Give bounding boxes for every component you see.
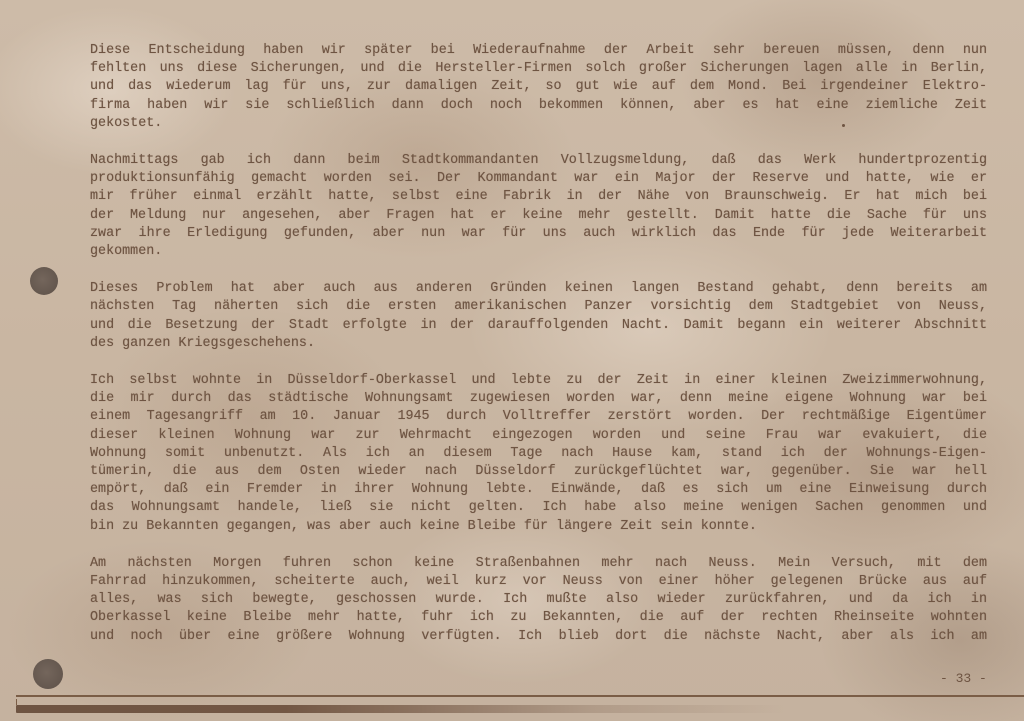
text-line: empört, daß ein Fremder in ihrer Wohnung… (90, 481, 987, 499)
text-line: fehlten uns diese Sicherungen, und die H… (90, 60, 987, 78)
text-line: und das wiederum lag für uns, zur damali… (90, 78, 987, 96)
text-line: Oberkassel keine Bleibe mehr hatte, fuhr… (90, 609, 987, 627)
text-line: bin zu Bekannten gegangen, was aber auch… (90, 518, 987, 536)
punch-hole (30, 267, 58, 295)
paragraph-1: Diese Entscheidung haben wir später bei … (90, 42, 987, 133)
text-line: gekommen. (90, 243, 987, 261)
text-line: und noch über eine größere Wohnung verfü… (90, 628, 987, 646)
paragraph-3: Dieses Problem hat aber auch aus anderen… (90, 280, 987, 353)
text-line: des ganzen Kriegsgeschehens. (90, 335, 987, 353)
text-line: tümerin, die aus dem Osten wieder nach D… (90, 463, 987, 481)
paragraph-2: Nachmittags gab ich dann beim Stadtkomma… (90, 152, 987, 261)
text-line: Wohnung somit unbenutzt. Als ich an dies… (90, 445, 987, 463)
text-line: Diese Entscheidung haben wir später bei … (90, 42, 987, 60)
text-line: der Meldung nur angesehen, aber Fragen h… (90, 207, 987, 225)
text-line: einem Tagesangriff am 10. Januar 1945 du… (90, 408, 987, 426)
footer-rule (16, 695, 1024, 697)
text-line: dieser kleinen Wohnung war zur Wehrmacht… (90, 427, 987, 445)
text-line: Dieses Problem hat aber auch aus anderen… (90, 280, 987, 298)
text-line: und die Besetzung der Stadt erfolgte in … (90, 317, 987, 335)
text-line: nächsten Tag näherten sich die ersten am… (90, 298, 987, 316)
punch-hole (33, 659, 63, 689)
document-body: Diese Entscheidung haben wir später bei … (90, 42, 987, 665)
paragraph-4: Ich selbst wohnte in Düsseldorf-Oberkass… (90, 372, 987, 536)
text-line: produktionsunfähig gemacht worden sei. D… (90, 170, 987, 188)
text-line: die mir durch das städtische Wohnungsamt… (90, 390, 987, 408)
text-line: firma haben wir sie schließlich dann doc… (90, 97, 987, 115)
page-number: - 33 - (940, 671, 987, 686)
text-line: gekostet. (90, 115, 987, 133)
text-line: das Wohnungsamt handele, ließ sie nicht … (90, 499, 987, 517)
scan-edge-smudge (16, 705, 786, 713)
text-line: mir früher einmal erzählt hatte, selbst … (90, 188, 987, 206)
text-line: Nachmittags gab ich dann beim Stadtkomma… (90, 152, 987, 170)
text-line: zwar ihre Erledigung gefunden, aber nun … (90, 225, 987, 243)
text-line: Fahrrad hinzukommen, scheiterte auch, we… (90, 573, 987, 591)
text-line: Am nächsten Morgen fuhren schon keine St… (90, 555, 987, 573)
text-line: Ich selbst wohnte in Düsseldorf-Oberkass… (90, 372, 987, 390)
paragraph-5: Am nächsten Morgen fuhren schon keine St… (90, 555, 987, 646)
text-line: alles, was sich bewegte, geschossen wurd… (90, 591, 987, 609)
